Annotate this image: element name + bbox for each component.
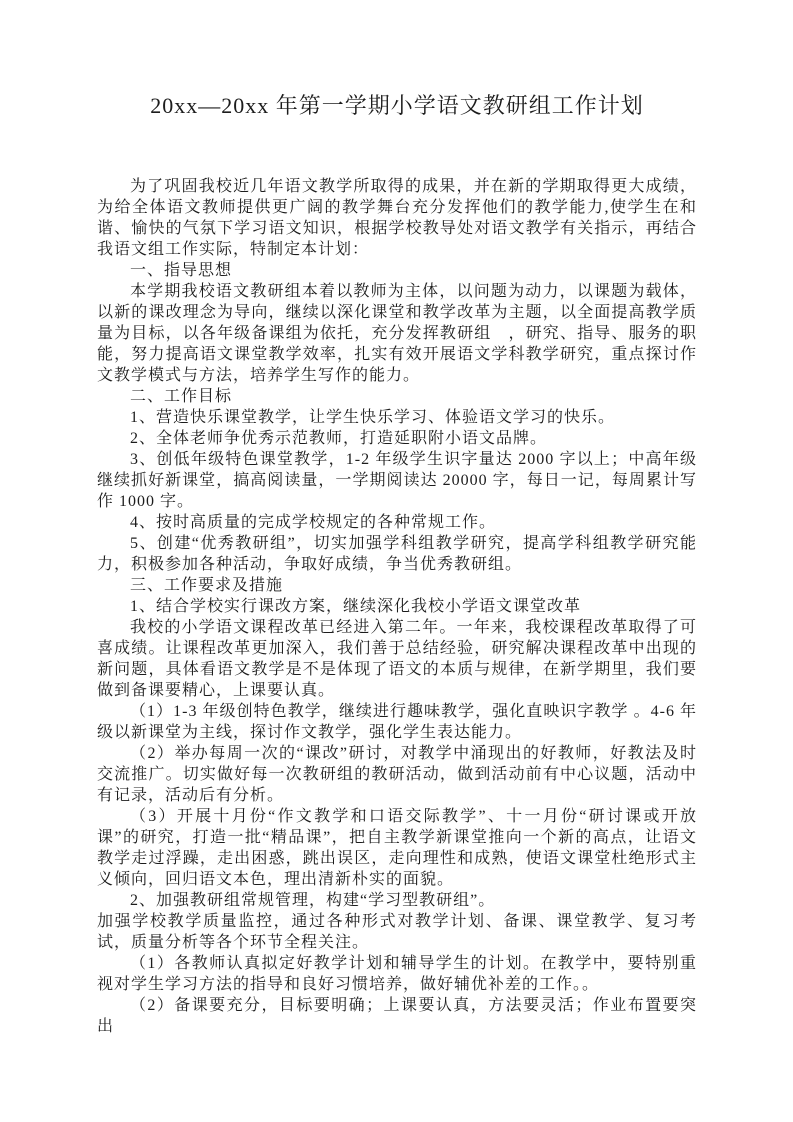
paragraph: 1、结合学校实行课改方案，继续深化我校小学语文课堂改革 (97, 596, 697, 617)
document-body: 为了巩固我校近几年语文教学所取得的成果，并在新的学期取得更大成绩，为给全体语文教… (97, 176, 697, 1037)
paragraph: 为了巩固我校近几年语文教学所取得的成果，并在新的学期取得更大成绩，为给全体语文教… (97, 176, 697, 260)
paragraph: 本学期我校语文教研组本着以教师为主体，以问题为动力，以课题为载体，以新的课改理念… (97, 281, 697, 386)
paragraph: （2）备课要充分，目标要明确；上课要认真，方法要灵活；作业布置要突出 (97, 995, 697, 1037)
paragraph: （3）开展十月份“作文教学和口语交际教学”、十一月份“研讨课或开放课”的研究，打… (97, 806, 697, 890)
paragraph: 2、加强教研组常规管理，构建“学习型教研组”。 (97, 890, 697, 911)
document-title: 20xx—20xx 年第一学期小学语文教研组工作计划 (97, 90, 697, 122)
paragraph: 5、创建“优秀教研组”，切实加强学科组教学研究，提高学科组教学研究能力，积极参加… (97, 533, 697, 575)
paragraph: 二、工作目标 (97, 386, 697, 407)
paragraph: 2、全体老师争优秀示范教师，打造延职附小语文品牌。 (97, 428, 697, 449)
paragraph: 我校的小学语文课程改革已经进入第二年。一年来，我校课程改革取得了可喜成绩。让课程… (97, 617, 697, 701)
paragraph: （2）举办每周一次的“课改”研讨，对教学中涌现出的好教师，好教法及时交流推广。切… (97, 743, 697, 806)
paragraph: （1）1-3 年级创特色教学，继续进行趣味教学，强化直映识字教学 。4-6 年级… (97, 701, 697, 743)
paragraph: 4、按时高质量的完成学校规定的各种常规工作。 (97, 512, 697, 533)
paragraph: （1）各教师认真拟定好教学计划和辅导学生的计划。在教学中，要特别重视对学生学习方… (97, 953, 697, 995)
paragraph: 一、指导思想 (97, 260, 697, 281)
paragraph: 加强学校教学质量监控，通过各种形式对教学计划、备课、课堂教学、复习考试，质量分析… (97, 911, 697, 953)
document-page: 20xx—20xx 年第一学期小学语文教研组工作计划 为了巩固我校近几年语文教学… (0, 0, 793, 1122)
paragraph: 3、创低年级特色课堂教学，1-2 年级学生识字量达 2000 字以上；中高年级继… (97, 449, 697, 512)
paragraph: 三、工作要求及措施 (97, 575, 697, 596)
paragraph: 1、营造快乐课堂教学，让学生快乐学习、体验语文学习的快乐。 (97, 407, 697, 428)
